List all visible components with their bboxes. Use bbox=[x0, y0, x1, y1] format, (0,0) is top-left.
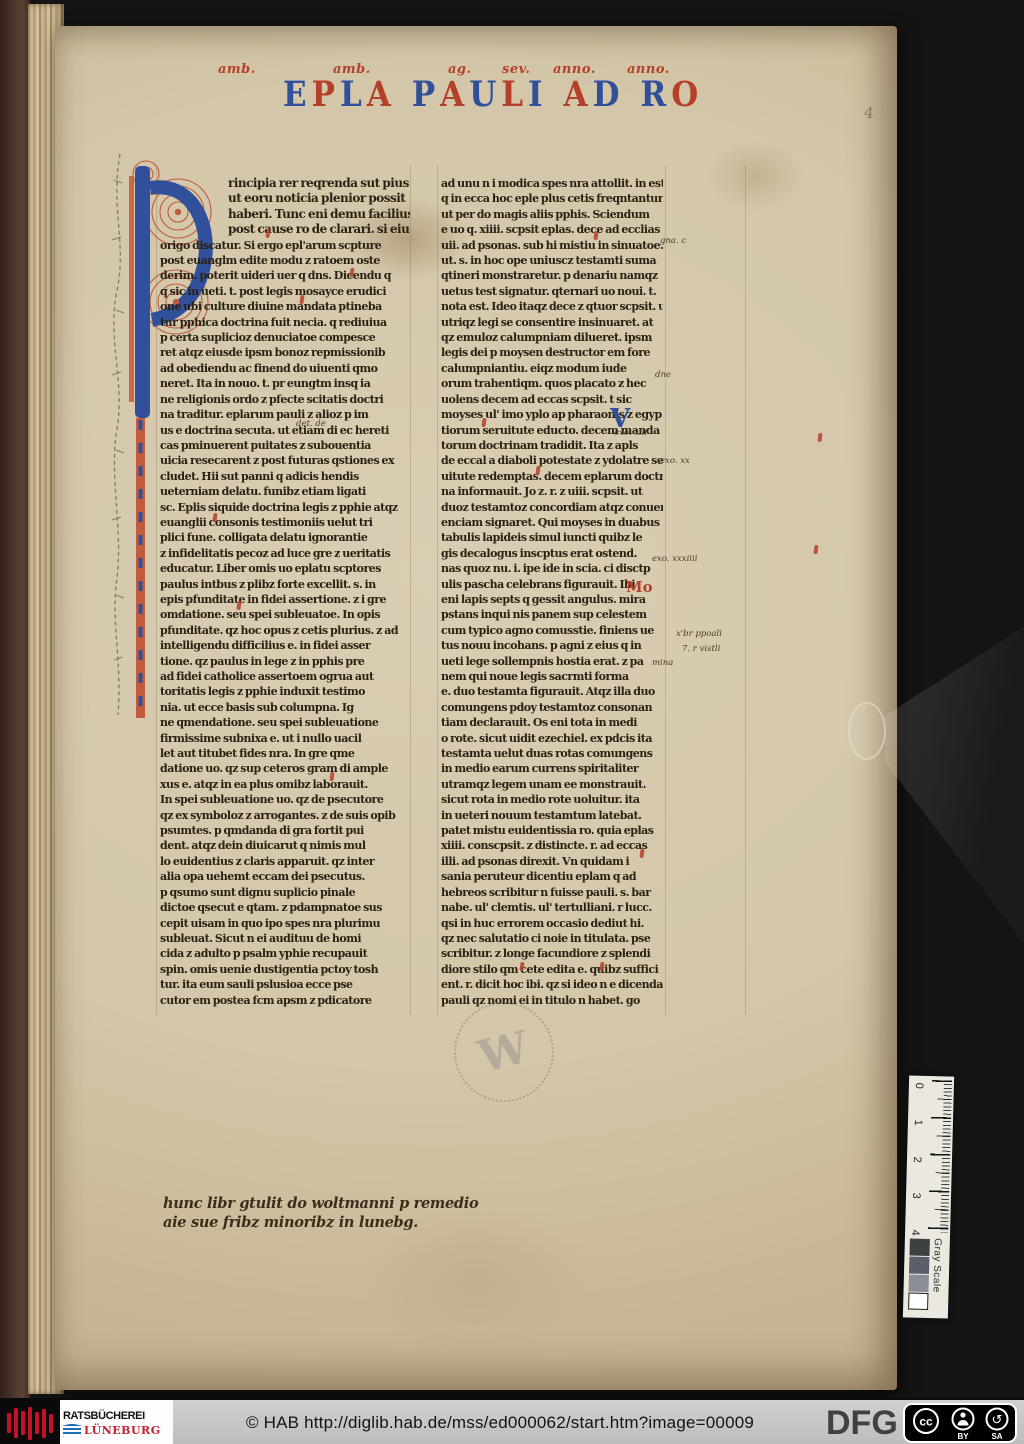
manuscript-line: de eccal a diaboli potestate z ydolatre … bbox=[441, 453, 663, 468]
manuscript-line: intelligendu difficilius e. in fidei ass… bbox=[160, 638, 410, 653]
rubrication-touch bbox=[813, 545, 818, 554]
library-city: LÜNEBURG bbox=[84, 1424, 161, 1437]
stamp-monogram: W bbox=[474, 1021, 534, 1082]
manuscript-line: patet mistu euidentissia ro. quia eplas bbox=[441, 823, 663, 838]
marginal-gloss: gna. c bbox=[660, 236, 686, 246]
manuscript-line: ad fidei catholice assertoem ogrua aut bbox=[160, 669, 410, 684]
manuscript-line: nem qui noue legis sacrmti forma bbox=[441, 669, 663, 684]
manuscript-line: tus nouu incohans. p agni z eius q in bbox=[441, 638, 663, 653]
title-letter: A bbox=[367, 78, 396, 113]
ruler-ticks bbox=[928, 1080, 952, 1232]
manuscript-line: cum typico agno comusstie. finiens ue bbox=[441, 623, 663, 638]
ruler-number: 4 bbox=[909, 1227, 921, 1239]
manuscript-line: qz nec salutatio ci noie in titulata. ps… bbox=[441, 931, 663, 946]
manuscript-line: xus e. atqz in ea plus omibz laborauit. bbox=[160, 777, 410, 792]
library-stamp: W bbox=[454, 1002, 554, 1102]
title-letter: P bbox=[412, 78, 440, 113]
manuscript-line: toritatis legis z pphie induxit testimo bbox=[160, 684, 410, 699]
manuscript-line: in medio earum currens spiritaliter bbox=[441, 761, 663, 776]
dfg-logo[interactable]: DFG bbox=[826, 1400, 898, 1444]
manuscript-line: paulus intbus z plibz forte excellit. s.… bbox=[160, 577, 410, 592]
manuscript-line: tur. ita eum sauli pslusioa ecce pse bbox=[160, 977, 410, 992]
manuscript-line: post cause ro de clarari. si eius bbox=[228, 222, 410, 237]
manuscript-line: tabulis lapideis simul iuncti quibz le bbox=[441, 530, 663, 545]
library-logo[interactable]: RATSBÜCHEREI LÜNEBURG bbox=[60, 1400, 173, 1444]
manuscript-line: spin. omis uenie dustigentia pctoy tosh bbox=[160, 962, 410, 977]
manuscript-line: epis pfunditate in fidei assertione. z i… bbox=[160, 592, 410, 607]
marginal-gloss: exo. xxxiiii bbox=[652, 554, 697, 564]
title-letter: O bbox=[671, 78, 703, 113]
manuscript-line: ad obediendu ac finend do uiuenti qmo bbox=[160, 361, 410, 376]
manuscript-line: in ueteri nouum testamtum latebat. bbox=[441, 808, 663, 823]
manuscript-line: nia. ut ecce basis sub columpna. Ig bbox=[160, 700, 410, 715]
manuscript-line: tur pphica doctrina fuit necia. q rediui… bbox=[160, 315, 410, 330]
manuscript-line: us e doctrina secuta. ut etiam di ec her… bbox=[160, 423, 410, 438]
manuscript-line: dent. atqz dein diuicarut q nimis mul bbox=[160, 838, 410, 853]
manuscript-line: qz ex symboloz z arrogantes. z de suis o… bbox=[160, 808, 410, 823]
manuscript-line: plici fune. colligata delatu ignorantie bbox=[160, 530, 410, 545]
copyright-link[interactable]: © HAB http://diglib.hab.de/mss/ed000062/… bbox=[180, 1400, 820, 1444]
title-letter: U bbox=[469, 78, 501, 113]
quire-mark: amb. bbox=[218, 62, 256, 77]
manuscript-line: pauli qz nomi ei in titulo n habet. go bbox=[441, 993, 663, 1008]
marginal-gloss: dne bbox=[655, 370, 671, 380]
manuscript-line: q in ecca hoc eple plus cetis freqntantu… bbox=[441, 191, 663, 206]
manuscript-line: dictoe qsecut e qtam. z pdampnatoe sus bbox=[160, 900, 410, 915]
ownership-inscription: hunc libr gtulit do woltmanni p remedioa… bbox=[163, 1194, 478, 1232]
manuscript-line: uii. ad psonas. sub hi mistiu in sinuato… bbox=[441, 238, 663, 253]
manuscript-line: ent. r. dicit hoc ibi. qz si ideo n e di… bbox=[441, 977, 663, 992]
inscription-line: hunc libr gtulit do woltmanni p remedio bbox=[163, 1194, 478, 1213]
grayscale-patches bbox=[908, 1239, 930, 1311]
manuscript-line: sicut rota in medio rote uoluitur. ita bbox=[441, 792, 663, 807]
manuscript-line: ueterniam delatu. funibz etiam ligati bbox=[160, 484, 410, 499]
manuscript-line: scribitur. z longe facundiore z splendi bbox=[441, 946, 663, 961]
manuscript-line: nas quoz nu. i. ipe ide in scia. ci disc… bbox=[441, 561, 663, 576]
title-letter: R bbox=[641, 78, 672, 113]
manuscript-line: pstans inqui nis panem sup celestem bbox=[441, 607, 663, 622]
manuscript-line: diore stilo qm cete edita e. quibz suffi… bbox=[441, 962, 663, 977]
manuscript-line: p qsumo sunt dignu suplicio pinale bbox=[160, 885, 410, 900]
manuscript-line: ad unu n i modica spes nra attollit. in … bbox=[441, 176, 663, 191]
marginal-gloss: 7. r vistli bbox=[682, 644, 720, 654]
manuscript-line: calumpniantiu. eiqz modum iude bbox=[441, 361, 663, 376]
manuscript-line: ut eoru noticia plenior possit bbox=[228, 191, 410, 206]
manuscript-line: uitute redemptas. decem eplarum doctri bbox=[441, 469, 663, 484]
attribution-bar: RATSBÜCHEREI LÜNEBURG © HAB http://digli… bbox=[0, 1398, 1024, 1444]
manuscript-line: sania peruteur dicentiu eplam q ad bbox=[441, 869, 663, 884]
title-letter: L bbox=[501, 78, 528, 113]
grayscale-ruler-card: 01234 Gray Scale bbox=[903, 1075, 954, 1318]
manuscript-line: testamta uelut duas rotas comungens bbox=[441, 746, 663, 761]
inscription-line: aie sue fribz minoribz in lunebg. bbox=[163, 1213, 478, 1232]
manuscript-line: comungens pdoy testamtoz consonan bbox=[441, 700, 663, 715]
ruling-line bbox=[410, 165, 411, 1015]
manuscript-line: gis decalogus inscptus erat ostend. bbox=[441, 546, 663, 561]
manuscript-line: o rote. sicut uidit ezechiel. ex pdcis i… bbox=[441, 731, 663, 746]
title-letter: I bbox=[528, 78, 548, 113]
manuscript-line: e. duo testamta figurauit. Atqz illa duo bbox=[441, 684, 663, 699]
manuscript-line: uicia resecarent z post futuras qstiones… bbox=[160, 453, 410, 468]
svg-text:BY: BY bbox=[957, 1432, 969, 1441]
manuscript-line: uetus test signatur. qternari uo noui. t… bbox=[441, 284, 663, 299]
ruling-line bbox=[745, 165, 746, 1015]
title-letter: L bbox=[340, 78, 367, 113]
manuscript-line: na traditur. eplarum pauli z alioz p im bbox=[160, 407, 410, 422]
grayscale-patch bbox=[908, 1293, 928, 1311]
manuscript-line: ut per do magis aliis pphis. Sciendum bbox=[441, 207, 663, 222]
manuscript-line: datione uo. qz sup ceteros gram di ample bbox=[160, 761, 410, 776]
library-name: RATSBÜCHEREI bbox=[63, 1410, 173, 1422]
manuscript-line: cutor em postea fcm apsm z pdicatore bbox=[160, 993, 410, 1008]
manuscript-line: enciam signaret. Qui moyses in duabus bbox=[441, 515, 663, 530]
rubrication-touch bbox=[817, 433, 822, 442]
manuscript-line: ret atqz eiusde ipsm bonoz repmissionib bbox=[160, 345, 410, 360]
svg-text:SA: SA bbox=[991, 1432, 1002, 1441]
manuscript-line: neret. Ita in nouo. t. pr eungtm insq ia bbox=[160, 376, 410, 391]
svg-text:cc: cc bbox=[919, 1415, 933, 1429]
manuscript-line: haberi. Tunc eni demu facilius bbox=[228, 207, 410, 222]
grayscale-patch bbox=[909, 1239, 929, 1257]
manuscript-line: utramqz legem unam ee monstrauit. bbox=[441, 777, 663, 792]
marginal-gloss: mina bbox=[652, 658, 673, 668]
manuscript-line: omdatione. seu spei subleuatoe. In opis bbox=[160, 607, 410, 622]
manuscript-line: orum trahentiqm. quos placato z hec bbox=[441, 376, 663, 391]
title-letter: D bbox=[593, 78, 625, 113]
manuscript-line: cida z adulto p psalm yphie recupauit bbox=[160, 946, 410, 961]
book-icon bbox=[63, 1424, 81, 1437]
manuscript-line: q sic in ueti. t. post legis mosayce eru… bbox=[160, 284, 410, 299]
marginal-gloss: exo. xx bbox=[660, 456, 690, 466]
ruler-number: 3 bbox=[910, 1190, 922, 1202]
manuscript-content: amb.amb.ag.sev.anno.anno. EPLA PAULI AD … bbox=[0, 0, 1024, 1398]
manuscript-line: hebreos scribitur n fuisse pauli. s. bar bbox=[441, 885, 663, 900]
manuscript-line: e uo q. xiiii. scpsit eplas. dece ad ecc… bbox=[441, 222, 663, 237]
by-person-icon bbox=[953, 1409, 974, 1430]
title-letter: A bbox=[440, 78, 469, 113]
manuscript-line: na informauit. Jo z. r. z uiii. scpsit. … bbox=[441, 484, 663, 499]
grayscale-patch bbox=[909, 1275, 929, 1293]
manuscript-line: xiiii. conscpsit. z distincte. r. ad ecc… bbox=[441, 838, 663, 853]
manuscript-line: utriqz legi se consentire insinuaret. at bbox=[441, 315, 663, 330]
marginal-gloss: x'br ppoali bbox=[676, 629, 722, 639]
manuscript-line: alia opa uehemt eccam dei psecutus. bbox=[160, 869, 410, 884]
manuscript-line: illi. ad psonas direxit. Vn quidam i bbox=[441, 854, 663, 869]
manuscript-line: pfunditate. qz hoc opus z cetis plurius.… bbox=[160, 623, 410, 638]
ruler-number: 2 bbox=[911, 1153, 923, 1165]
ruler-numbers: 01234 bbox=[909, 1075, 954, 1076]
manuscript-line: ueti lege sollempnis hostia erat. z pa bbox=[441, 654, 663, 669]
manuscript-line: p certa suplicioz denuciatoe compesce bbox=[160, 330, 410, 345]
ruling-line bbox=[437, 165, 438, 1015]
manuscript-line: qz emuloz calumpniam dilueret. ipsm bbox=[441, 330, 663, 345]
cc-by-sa-badge[interactable]: cc ↺ BY SA bbox=[903, 1403, 1017, 1443]
manuscript-line: cludet. Hii sut panni q adicis hendis bbox=[160, 469, 410, 484]
title-letter: E bbox=[283, 78, 312, 113]
title-letter: A bbox=[564, 78, 593, 113]
manuscript-line: firmissime subnixa e. ut i nullo uacil bbox=[160, 731, 410, 746]
library-bars-logo[interactable] bbox=[0, 1400, 60, 1444]
manuscript-viewer-page: amb.amb.ag.sev.anno.anno. EPLA PAULI AD … bbox=[0, 0, 1024, 1444]
manuscript-line: ne religionis ordo z pfecte scitatis doc… bbox=[160, 392, 410, 407]
manuscript-line: psumtes. p qmdanda di gra fortit pui bbox=[160, 823, 410, 838]
page-title-epla-pauli-ad-ro: EPLA PAULI AD RO bbox=[283, 80, 703, 111]
ruler-number: 0 bbox=[913, 1080, 925, 1092]
manuscript-line: origo discatur. Si ergo epl'arum scpture bbox=[160, 238, 410, 253]
grayscale-patch bbox=[909, 1257, 929, 1275]
manuscript-line: subleuat. Sicut n ei audituu de homi bbox=[160, 931, 410, 946]
svg-text:↺: ↺ bbox=[992, 1413, 1003, 1428]
manuscript-line: lo euidentius z claris apparuit. qz inte… bbox=[160, 854, 410, 869]
manuscript-line: tiam declarauit. Os eni tota in medi bbox=[441, 715, 663, 730]
manuscript-line: qtineri monstraretur. p denariu namqz bbox=[441, 268, 663, 283]
decorated-initial: Mo bbox=[626, 580, 653, 595]
manuscript-line: torum doctrinam tradidit. Ita z apls bbox=[441, 438, 663, 453]
manuscript-line: nota est. Ideo itaqz dece z qtuor scpsit… bbox=[441, 299, 663, 314]
ruling-line bbox=[665, 165, 666, 1015]
manuscript-line: cas pminuerent puitates z subouentia bbox=[160, 438, 410, 453]
manuscript-line: euanglii consonis testimoniis uelut tri bbox=[160, 515, 410, 530]
title-letter: P bbox=[312, 78, 340, 113]
manuscript-line: sc. Eplis siquide doctrina legis z pphie… bbox=[160, 500, 410, 515]
manuscript-line: derim. poterit uideri uer q dns. Dicendu… bbox=[160, 268, 410, 283]
manuscript-line: cepit uisam in quo ipo spes nra plurimu bbox=[160, 916, 410, 931]
marginal-gloss: det. de bbox=[296, 419, 326, 429]
manuscript-line: nabe. ul' clemtis. ul' tertulliani. r lu… bbox=[441, 900, 663, 915]
manuscript-line: educatur. Liber omis uo eplatu scptores bbox=[160, 561, 410, 576]
manuscript-line: post euanglm edite modu z ratoem oste bbox=[160, 253, 410, 268]
cc-by-sa-icons: cc ↺ BY SA bbox=[905, 1405, 1015, 1441]
text-column-1: rincipia rer reqrenda sut pius.ut eoru n… bbox=[160, 176, 410, 1008]
marginal-gloss: exo. xiii bbox=[614, 428, 647, 438]
manuscript-line: z infidelitatis pecoz ad luce gre z ueri… bbox=[160, 546, 410, 561]
manuscript-line: tione. qz paulus in lege z in pphis pre bbox=[160, 654, 410, 669]
folio-number: 4 bbox=[863, 103, 875, 122]
manuscript-line: ne qmendatione. seu spei subleuatione bbox=[160, 715, 410, 730]
manuscript-line: In spei subleuatione uo. qz de psecutore bbox=[160, 792, 410, 807]
manuscript-line: rincipia rer reqrenda sut pius. bbox=[228, 176, 410, 191]
manuscript-line: qsi in huc errorem occasio dediut hi. bbox=[441, 916, 663, 931]
manuscript-line: ut. s. in hoc ope uniuscz testamti suma bbox=[441, 253, 663, 268]
manuscript-line: legis dei p moysen destructor em fore bbox=[441, 345, 663, 360]
manuscript-line: one ubi culture diuine mandata ptineba bbox=[160, 299, 410, 314]
manuscript-line: duoz testamtoz concordiam atqz conueni bbox=[441, 500, 663, 515]
manuscript-line: let aut titubet fides nra. In gre qme bbox=[160, 746, 410, 761]
grayscale-label: Gray Scale bbox=[930, 1238, 942, 1293]
ruler-number: 1 bbox=[912, 1116, 924, 1128]
